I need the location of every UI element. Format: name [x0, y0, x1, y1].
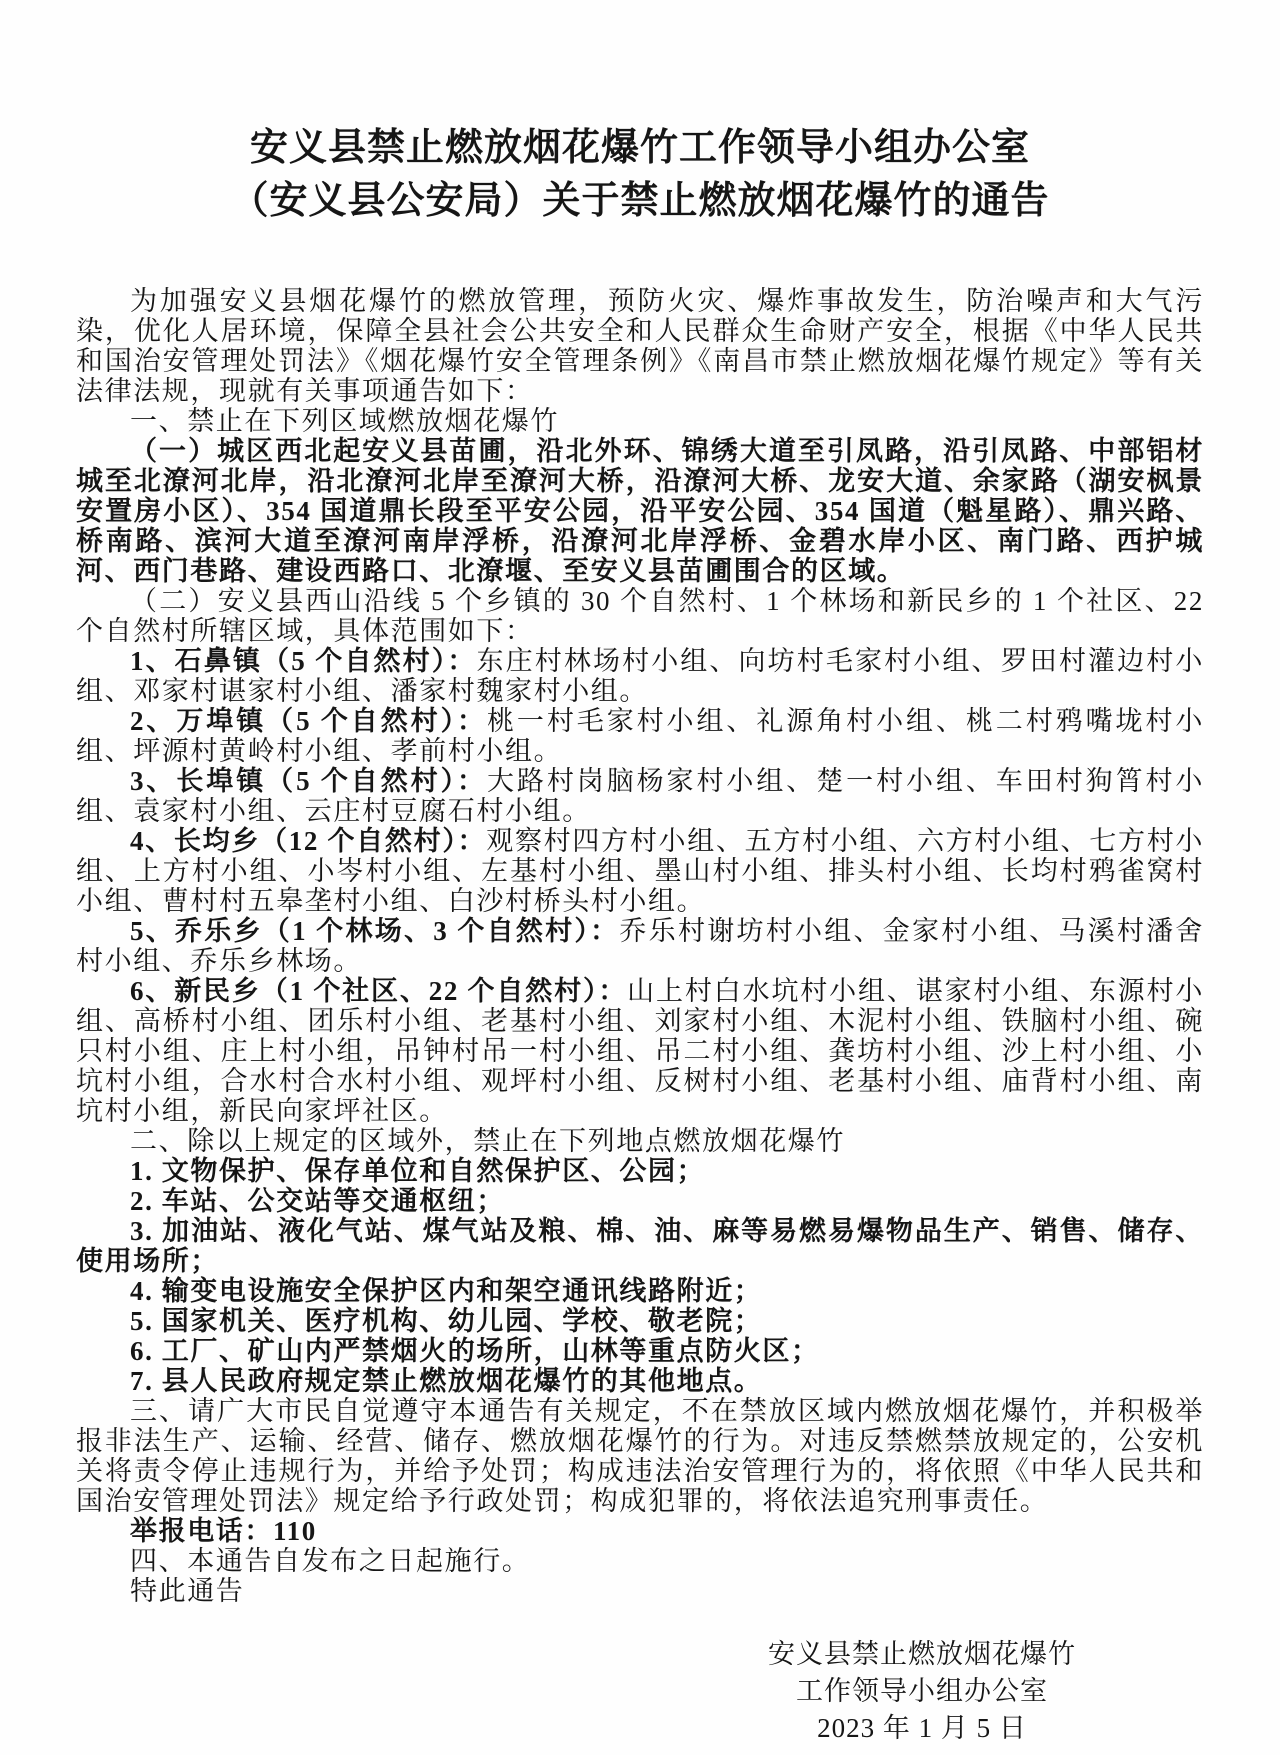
signature-block: 安义县禁止燃放烟花爆竹 工作领导小组办公室 2023 年 1 月 5 日: [768, 1636, 1076, 1747]
paragraph: 4. 输变电设施安全保护区内和架空通讯线路附近；: [76, 1276, 1204, 1306]
paragraph-lead: 1、石鼻镇（5 个自然村）：: [130, 646, 476, 676]
signature-date: 2023 年 1 月 5 日: [768, 1710, 1076, 1747]
paragraph: 二、除以上规定的区域外，禁止在下列地点燃放烟花爆竹: [76, 1126, 1204, 1156]
paragraph: 1. 文物保护、保存单位和自然保护区、公园；: [76, 1156, 1204, 1186]
paragraph-lead: 5、乔乐乡（1 个林场、3 个自然村）：: [130, 916, 619, 946]
paragraph-lead: 4、长均乡（12 个自然村）：: [130, 826, 486, 856]
paragraph: 特此通告: [76, 1576, 1204, 1606]
document-title: 安义县禁止燃放烟花爆竹工作领导小组办公室 （安义县公安局）关于禁止燃放烟花爆竹的…: [76, 122, 1204, 228]
paragraph-lead: 3、长埠镇（5 个自然村）：: [130, 766, 487, 796]
signature-org-line-1: 安义县禁止燃放烟花爆竹: [768, 1636, 1076, 1673]
paragraph: 3. 加油站、液化气站、煤气站及粮、棉、油、麻等易燃易爆物品生产、销售、储存、使…: [76, 1216, 1204, 1276]
paragraph: 1、石鼻镇（5 个自然村）：东庄村林场村小组、向坊村毛家村小组、罗田村灌边村小组…: [76, 646, 1204, 706]
title-line-2: （安义县公安局）关于禁止燃放烟花爆竹的通告: [76, 175, 1204, 228]
document-page: 安义县禁止燃放烟花爆竹工作领导小组办公室 （安义县公安局）关于禁止燃放烟花爆竹的…: [0, 0, 1280, 1755]
paragraph: 6、新民乡（1 个社区、22 个自然村）：山上村白水坑村小组、谌家村小组、东源村…: [76, 976, 1204, 1126]
paragraph: 2、万埠镇（5 个自然村）：桃一村毛家村小组、礼源角村小组、桃二村鸦嘴垅村小组、…: [76, 706, 1204, 766]
paragraph: 7. 县人民政府规定禁止燃放烟花爆竹的其他地点。: [76, 1366, 1204, 1396]
paragraph: （一）城区西北起安义县苗圃，沿北外环、锦绣大道至引凤路，沿引凤路、中部铝材城至北…: [76, 436, 1204, 586]
paragraph: 5、乔乐乡（1 个林场、3 个自然村）：乔乐村谢坊村小组、金家村小组、马溪村潘舍…: [76, 916, 1204, 976]
paragraph: 6. 工厂、矿山内严禁烟火的场所，山林等重点防火区；: [76, 1336, 1204, 1366]
paragraph: 3、长埠镇（5 个自然村）：大路村岗脑杨家村小组、楚一村小组、车田村狗筲村小组、…: [76, 766, 1204, 826]
paragraph: 5. 国家机关、医疗机构、幼儿园、学校、敬老院；: [76, 1306, 1204, 1336]
paragraph-lead: 6、新民乡（1 个社区、22 个自然村）：: [130, 976, 627, 1006]
paragraph: 4、长均乡（12 个自然村）：观察村四方村小组、五方村小组、六方村小组、七方村小…: [76, 826, 1204, 916]
signature-org-line-2: 工作领导小组办公室: [768, 1673, 1076, 1710]
paragraph: 一、禁止在下列区域燃放烟花爆竹: [76, 406, 1204, 436]
paragraph: 三、请广大市民自觉遵守本通告有关规定，不在禁放区域内燃放烟花爆竹，并积极举报非法…: [76, 1396, 1204, 1516]
paragraph: 四、本通告自发布之日起施行。: [76, 1546, 1204, 1576]
document-body: 为加强安义县烟花爆竹的燃放管理，预防火灾、爆炸事故发生，防治噪声和大气污染，优化…: [76, 286, 1204, 1606]
title-line-1: 安义县禁止燃放烟花爆竹工作领导小组办公室: [76, 122, 1204, 175]
paragraph-lead: 2、万埠镇（5 个自然村）：: [130, 706, 487, 736]
paragraph: （二）安义县西山沿线 5 个乡镇的 30 个自然村、1 个林场和新民乡的 1 个…: [76, 586, 1204, 646]
paragraph: 举报电话：110: [76, 1516, 1204, 1546]
paragraph: 为加强安义县烟花爆竹的燃放管理，预防火灾、爆炸事故发生，防治噪声和大气污染，优化…: [76, 286, 1204, 406]
paragraph: 2. 车站、公交站等交通枢纽；: [76, 1186, 1204, 1216]
